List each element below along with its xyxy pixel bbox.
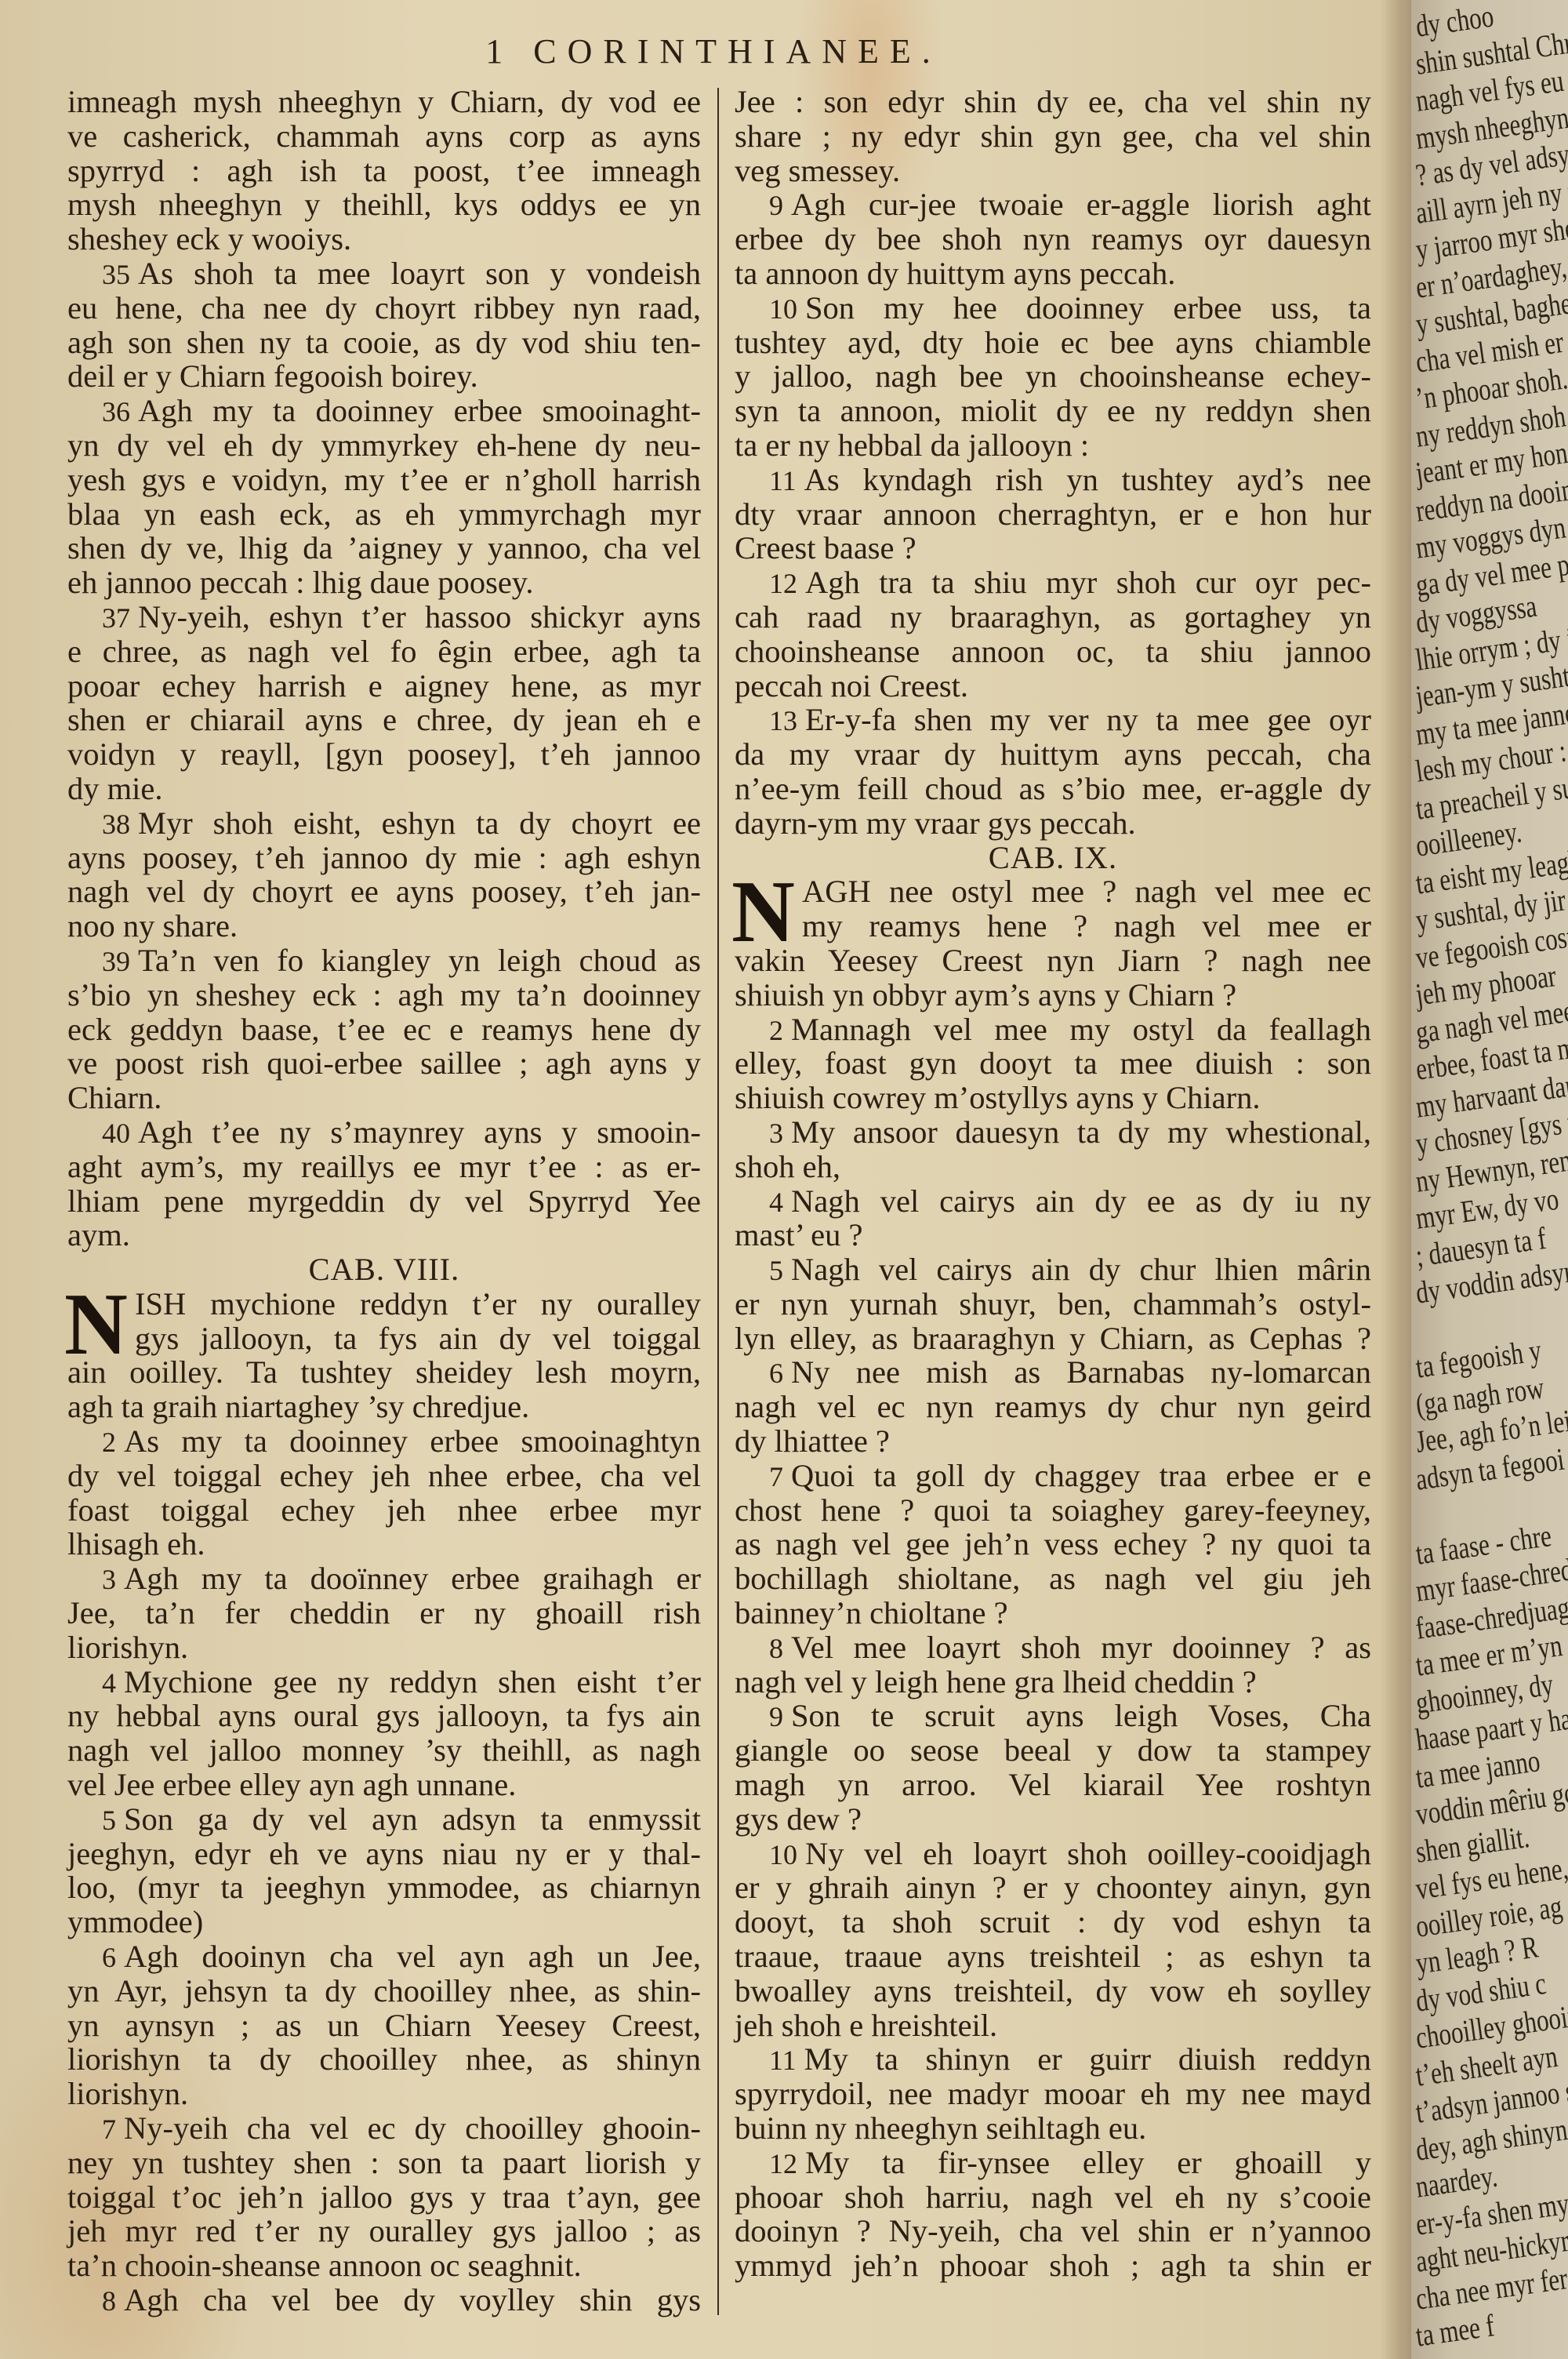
verse-number: 4 — [769, 1187, 783, 1218]
text-line: 35As shoh ta mee loayrt son y vondeish — [67, 256, 701, 291]
text-line: mysh nheeghyn y theihll, kys oddys ee yn — [67, 187, 701, 222]
text-line: dy vel toiggal echey jeh nhee erbee, cha… — [67, 1459, 701, 1493]
line-text: eh jannoo peccah : lhig daue poosey. — [67, 565, 534, 600]
text-line: nagh vel y leigh hene gra lheid cheddin … — [735, 1665, 1371, 1699]
line-text: s’bio yn sheshey eck : agh my ta’n dooin… — [67, 977, 701, 1012]
text-line: shiuish cowrey m’ostyllys ayns y Chiarn. — [735, 1081, 1371, 1115]
line-text: bwoalley ayns treishteil, dy vow eh soyl… — [735, 1973, 1371, 2008]
line-text: As my ta dooinney erbee smooinaghtyn — [124, 1423, 701, 1459]
verse-number: 35 — [102, 259, 130, 290]
line-text: loo, (myr ta jeeghyn ymmodee, as chiarny… — [67, 1870, 701, 1905]
line-text: giangle oo seose beeal y dow ta stampey — [735, 1732, 1371, 1768]
text-line: mast’ eu ? — [735, 1218, 1371, 1252]
line-text: ve poost rish quoi-erbee saillee ; agh a… — [67, 1045, 701, 1081]
text-line: eck geddyn baase, t’ee ec e reamys hene … — [67, 1012, 701, 1047]
text-line: 4Nagh vel cairys ain dy ee as dy iu ny — [735, 1184, 1371, 1219]
line-text: my reamys hene ? nagh vel mee er — [802, 908, 1371, 943]
line-text: ymmyd jeh’n phooar shoh ; agh ta shin er — [735, 2248, 1371, 2283]
facing-page: dy chooshin sushtal Chreenagh vel fys eu… — [1411, 0, 1568, 2359]
line-text: ISH mychione reddyn t’er ny ouralley — [135, 1286, 701, 1321]
verse-number: 3 — [102, 1564, 116, 1595]
text-line: 12My ta fir-ynsee elley er ghoaill y — [735, 2146, 1371, 2180]
text-line: eh jannoo peccah : lhig daue poosey. — [67, 565, 701, 600]
line-text: CAB. IX. — [989, 840, 1117, 875]
text-line: nagh vel jalloo monney ’sy theihll, as n… — [67, 1733, 701, 1768]
text-line: bainney’n chioltane ? — [735, 1596, 1371, 1630]
line-text: yn dy vel eh dy ymmyrkey eh-hene dy neu- — [67, 427, 701, 463]
text-line: blaa yn eash eck, as eh ymmyrchagh myr — [67, 497, 701, 532]
text-line: 9Agh cur-jee twoaie er-aggle liorish agh… — [735, 187, 1371, 222]
verse-number: 2 — [769, 1015, 783, 1046]
text-line: pooar echey harrish e aigney hene, as my… — [67, 669, 701, 703]
line-text: Quoi ta goll dy chaggey traa erbee er e — [791, 1458, 1371, 1493]
text-line: loo, (myr ta jeeghyn ymmodee, as chiarny… — [67, 1870, 701, 1905]
line-text: My ta shinyn er guirr diuish reddyn — [804, 2041, 1371, 2077]
verse-number: 3 — [769, 1118, 783, 1149]
line-text: Mannagh vel mee my ostyl da feallagh — [791, 1012, 1371, 1047]
verse-number: 12 — [769, 568, 797, 599]
text-line: er nyn yurnah shuyr, ben, chammah’s osty… — [735, 1287, 1371, 1321]
verse-number: 9 — [769, 1701, 783, 1732]
line-text: phooar shoh harriu, nagh vel eh ny s’coo… — [735, 2179, 1371, 2215]
text-line: phooar shoh harriu, nagh vel eh ny s’coo… — [735, 2180, 1371, 2215]
line-text: shiuish cowrey m’ostyllys ayns y Chiarn. — [735, 1080, 1260, 1115]
line-text: e chree, as nagh vel fo êgin erbee, agh … — [67, 634, 701, 669]
verse-number: 10 — [769, 1839, 797, 1870]
line-text: tushtey ayd, dty hoie ec bee ayns chiamb… — [735, 325, 1371, 360]
verse-number: 11 — [769, 465, 797, 496]
line-text: erbee dy bee shoh nyn reamys oyr dauesyn — [735, 221, 1371, 256]
left-column: imneagh mysh nheeghyn y Chiarn, dy vod e… — [67, 85, 701, 2317]
text-line: 5Nagh vel cairys ain dy chur lhien mârin — [735, 1252, 1371, 1287]
line-text: Nagh vel cairys ain dy chur lhien mârin — [791, 1252, 1371, 1287]
line-text: dty vraar annoon cherraghtyn, er e hon h… — [735, 496, 1371, 532]
line-text: dy lhiattee ? — [735, 1423, 890, 1459]
line-text: shen er chiarail ayns e chree, dy jean e… — [67, 702, 701, 737]
line-text: Mychione gee ny reddyn shen eisht t’er — [124, 1664, 701, 1699]
text-line: jeh myr red t’er ny ouralley gys jalloo … — [67, 2214, 701, 2248]
line-text: eck geddyn baase, t’ee ec e reamys hene … — [67, 1012, 701, 1047]
line-text: jeh myr red t’er ny ouralley gys jalloo … — [67, 2213, 701, 2248]
book-page: 1 CORINTHIANEE. imneagh mysh nheeghyn y … — [0, 0, 1403, 2359]
line-text: Agh cha vel bee dy voylley shin gys — [124, 2282, 701, 2317]
drop-cap: N — [64, 1285, 128, 1364]
text-line: ISH mychione reddyn t’er ny ouralley — [67, 1287, 701, 1321]
right-column: Jee : son edyr shin dy ee, cha vel shin … — [735, 85, 1371, 2283]
text-line: voidyn y reayll, [gyn poosey], t’eh jann… — [67, 737, 701, 772]
line-text: My ta fir-ynsee elley er ghoaill y — [805, 2145, 1371, 2180]
line-text: ney yn tushtey shen : son ta paart liori… — [67, 2145, 701, 2180]
line-text: Son te scruit ayns leigh Voses, Cha — [791, 1698, 1371, 1733]
line-text: Agh tra ta shiu myr shoh cur oyr pec- — [805, 565, 1371, 600]
text-line: yn aynsyn ; as un Chiarn Yeesey Creest, — [67, 2008, 701, 2043]
text-line: noo ny share. — [67, 909, 701, 943]
text-line: lhiam pene myrgeddin dy vel Spyrryd Yee — [67, 1184, 701, 1219]
text-line: vakin Yeesey Creest nyn Jiarn ? nagh nee — [735, 943, 1371, 978]
text-line: ymmyd jeh’n phooar shoh ; agh ta shin er — [735, 2248, 1371, 2283]
line-text: Ny-yeih cha vel ec dy chooilley ghooin- — [124, 2110, 701, 2146]
text-line: lyn elley, as braaraghyn y Chiarn, as Ce… — [735, 1321, 1371, 1356]
text-line: giangle oo seose beeal y dow ta stampey — [735, 1733, 1371, 1768]
line-text: y jalloo, nagh bee yn chooinsheanse eche… — [735, 358, 1371, 394]
line-text: Jee, ta’n fer cheddin er ny ghoaill rish — [67, 1595, 701, 1630]
line-text: nagh vel y leigh hene gra lheid cheddin … — [735, 1664, 1257, 1699]
text-line: 10Ny vel eh loayrt shoh ooilley-cooidjag… — [735, 1837, 1371, 1871]
text-line: 13Er-y-fa shen my ver ny ta mee gee oyr — [735, 703, 1371, 737]
verse-number: 5 — [102, 1805, 116, 1836]
text-line: aym. — [67, 1218, 701, 1252]
verse-number: 9 — [769, 190, 783, 221]
text-line: ny hebbal ayns oural gys jallooyn, ta fy… — [67, 1699, 701, 1733]
line-text: As shoh ta mee loayrt son y vondeish — [138, 256, 701, 291]
text-line: ain ooilley. Ta tushtey sheidey lesh moy… — [67, 1355, 701, 1390]
line-text: nagh vel dy choyrt ee ayns poosey, t’eh … — [67, 874, 701, 909]
line-text: veg smessey. — [735, 153, 900, 188]
text-line: n’ee-ym feill choud as s’bio mee, er-agg… — [735, 772, 1371, 806]
text-line: shiuish yn obbyr aym’s ayns y Chiarn ? — [735, 978, 1371, 1012]
line-text: lyn elley, as braaraghyn y Chiarn, as Ce… — [735, 1321, 1371, 1356]
line-text: CAB. VIII. — [309, 1252, 460, 1287]
text-line: nagh vel dy choyrt ee ayns poosey, t’eh … — [67, 874, 701, 909]
text-line: 4Mychione gee ny reddyn shen eisht t’er — [67, 1665, 701, 1699]
text-line: chooinsheanse annoon oc, ta shiu jannoo — [735, 634, 1371, 669]
line-text: jeh shoh e hreishteil. — [735, 2008, 997, 2043]
line-text: Chiarn. — [67, 1080, 162, 1115]
text-line: dooyt, ta shoh scruit : dy vod eshyn ta — [735, 1905, 1371, 1939]
line-text: foast toiggal echey jeh nhee erbee myr — [67, 1492, 701, 1528]
line-text: nagh vel ec nyn reamys dy chur nyn geird — [735, 1389, 1371, 1424]
line-text: aym. — [67, 1217, 130, 1252]
running-header: 1 CORINTHIANEE. — [470, 31, 956, 71]
text-line: e chree, as nagh vel fo êgin erbee, agh … — [67, 634, 701, 669]
line-text: peccah noi Creest. — [735, 668, 968, 703]
line-text: aght aym’s, my reaillys ee myr t’ee : as… — [67, 1149, 701, 1184]
verse-number: 4 — [102, 1667, 116, 1699]
line-text: ta annoon dy huittym ayns peccah. — [735, 256, 1175, 291]
line-text: Er-y-fa shen my ver ny ta mee gee oyr — [805, 702, 1371, 737]
text-line: ve poost rish quoi-erbee saillee ; agh a… — [67, 1046, 701, 1081]
text-line: dty vraar annoon cherraghtyn, er e hon h… — [735, 497, 1371, 532]
text-line: bochillagh shioltane, as nagh vel giu je… — [735, 1561, 1371, 1596]
text-line: y jalloo, nagh bee yn chooinsheanse eche… — [735, 359, 1371, 394]
line-text: Ny nee mish as Barnabas ny-lomarcan — [791, 1354, 1371, 1390]
line-text: Agh t’ee ny s’maynrey ayns y smooin- — [138, 1114, 701, 1150]
text-line: 38Myr shoh eisht, eshyn ta dy choyrt ee — [67, 806, 701, 841]
text-line: yn Ayr, jehsyn ta dy chooilley nhee, as … — [67, 1974, 701, 2008]
text-line: ta’n chooin-sheanse annoon oc seaghnit. — [67, 2248, 701, 2283]
text-line: 6Ny nee mish as Barnabas ny-lomarcan — [735, 1355, 1371, 1390]
line-text: Son ga dy vel ayn adsyn ta enmyssit — [124, 1801, 701, 1837]
line-text: deil er y Chiarn fegooish boirey. — [67, 358, 478, 394]
text-line: shoh eh, — [735, 1150, 1371, 1184]
text-line: 40Agh t’ee ny s’maynrey ayns y smooin- — [67, 1115, 701, 1150]
line-text: My ansoor dauesyn ta dy my whestional, — [791, 1114, 1371, 1150]
line-text: shiuish yn obbyr aym’s ayns y Chiarn ? — [735, 977, 1236, 1012]
line-text: er nyn yurnah shuyr, ben, chammah’s osty… — [735, 1286, 1371, 1321]
line-text: Agh my ta dooïnney erbee graihagh er — [124, 1561, 701, 1596]
text-line: ve casherick, chammah ayns corp as ayns — [67, 119, 701, 154]
text-line: traaue, traaue ayns treishteil ; as eshy… — [735, 1939, 1371, 1974]
text-line: ayns poosey, t’eh jannoo dy mie : agh es… — [67, 841, 701, 875]
line-text: magh yn arroo. Vel kiarail Yee roshtyn — [735, 1767, 1371, 1802]
line-text: bochillagh shioltane, as nagh vel giu je… — [735, 1561, 1371, 1596]
line-text: gys jallooyn, ta fys ain dy vel toiggal — [135, 1321, 701, 1356]
line-text: vakin Yeesey Creest nyn Jiarn ? nagh nee — [735, 943, 1371, 978]
text-line: yn dy vel eh dy ymmyrkey eh-hene dy neu- — [67, 428, 701, 463]
line-text: Creest baase ? — [735, 530, 916, 565]
line-text: voidyn y reayll, [gyn poosey], t’eh jann… — [67, 736, 701, 772]
line-text: noo ny share. — [67, 908, 238, 943]
line-text: Ny-yeih, eshyn t’er hassoo shickyr ayns — [138, 599, 701, 634]
line-text: dayrn-ym my vraar gys peccah. — [735, 805, 1136, 841]
text-line: Jee, ta’n fer cheddin er ny ghoaill rish — [67, 1596, 701, 1630]
line-text: Ta’n ven fo kiangley yn leigh choud as — [138, 943, 701, 978]
text-line: 2As my ta dooinney erbee smooinaghtyn — [67, 1424, 701, 1459]
verse-number: 8 — [769, 1633, 783, 1664]
line-text: toiggal t’oc jeh’n jalloo gys y traa t’a… — [67, 2179, 701, 2215]
line-text: shoh eh, — [735, 1149, 840, 1184]
line-text: lhiam pene myrgeddin dy vel Spyrryd Yee — [67, 1183, 701, 1219]
text-line: nagh vel ec nyn reamys dy chur nyn geird — [735, 1390, 1371, 1424]
chapter-heading: CAB. VIII. — [67, 1252, 701, 1287]
text-line: 12Agh tra ta shiu myr shoh cur oyr pec- — [735, 565, 1371, 600]
verse-number: 38 — [102, 809, 130, 840]
line-text: spyrryd : agh ish ta poost, t’ee imneagh — [67, 153, 701, 188]
verse-number: 40 — [102, 1118, 130, 1149]
verse-number: 6 — [769, 1358, 783, 1389]
text-line: 9Son te scruit ayns leigh Voses, Cha — [735, 1699, 1371, 1733]
line-text: Myr shoh eisht, eshyn ta dy choyrt ee — [138, 805, 701, 841]
text-line: 3Agh my ta dooïnney erbee graihagh er — [67, 1561, 701, 1596]
text-line: peccah noi Creest. — [735, 669, 1371, 703]
text-line: chost hene ? quoi ta soiaghey garey-feey… — [735, 1493, 1371, 1528]
text-line: Jee : son edyr shin dy ee, cha vel shin … — [735, 85, 1371, 119]
line-text: ta er ny hebbal da jallooyn : — [735, 427, 1089, 463]
text-line: liorishyn. — [67, 2077, 701, 2111]
verse-number: 2 — [102, 1427, 116, 1458]
text-line: s’bio yn sheshey eck : agh my ta’n dooin… — [67, 978, 701, 1012]
text-line: dy mie. — [67, 772, 701, 806]
line-text: ve casherick, chammah ayns corp as ayns — [67, 118, 701, 154]
text-line: agh ta graih niartaghey ’sy chredjue. — [67, 1390, 701, 1424]
line-text: buinn ny nheeghyn seihltagh eu. — [735, 2110, 1146, 2146]
line-text: elley, foast gyn dooyt ta mee diuish : s… — [735, 1045, 1371, 1081]
verse-number: 8 — [102, 2285, 116, 2317]
line-text: as nagh vel gee jeh’n vess echey ? ny qu… — [735, 1526, 1371, 1561]
verse-number: 10 — [769, 293, 797, 325]
line-text: AGH nee ostyl mee ? nagh vel mee ec — [802, 874, 1371, 909]
line-text: liorishyn. — [67, 2076, 188, 2111]
text-line: 5Son ga dy vel ayn adsyn ta enmyssit — [67, 1802, 701, 1837]
text-line: Creest baase ? — [735, 531, 1371, 565]
line-text: gys dew ? — [735, 1801, 862, 1837]
text-line: veg smessey. — [735, 154, 1371, 188]
line-text: ymmodee) — [67, 1904, 203, 1939]
line-text: share ; ny edyr shin gyn gee, cha vel sh… — [735, 118, 1371, 154]
text-line: tushtey ayd, dty hoie ec bee ayns chiamb… — [735, 325, 1371, 360]
text-line: 8Vel mee loayrt shoh myr dooinney ? as — [735, 1630, 1371, 1665]
text-line: 37Ny-yeih, eshyn t’er hassoo shickyr ayn… — [67, 600, 701, 634]
line-text: mast’ eu ? — [735, 1217, 862, 1252]
text-line: 7Quoi ta goll dy chaggey traa erbee er e — [735, 1459, 1371, 1493]
line-text: spyrrydoil, nee madyr mooar eh my nee ma… — [735, 2076, 1371, 2111]
line-text: syn ta annoon, miolit dy ee ny reddyn sh… — [735, 393, 1371, 428]
text-line: ney yn tushtey shen : son ta paart liori… — [67, 2146, 701, 2180]
column-rule — [717, 88, 719, 2315]
verse-number: 6 — [102, 1942, 116, 1973]
text-line: shen dy ve, lhig da ’aigney y yannoo, ch… — [67, 531, 701, 565]
line-text: dy vel toiggal echey jeh nhee erbee, cha… — [67, 1458, 701, 1493]
line-text: Ny vel eh loayrt shoh ooilley-cooidjagh — [805, 1836, 1371, 1871]
text-line: lhisagh eh. — [67, 1527, 701, 1561]
text-line: share ; ny edyr shin gyn gee, cha vel sh… — [735, 119, 1371, 154]
text-line: imneagh mysh nheeghyn y Chiarn, dy vod e… — [67, 85, 701, 119]
text-line: dy lhiattee ? — [735, 1424, 1371, 1459]
line-text: chooinsheanse annoon oc, ta shiu jannoo — [735, 634, 1371, 669]
line-text: eu hene, cha nee dy choyrt ribbey nyn ra… — [67, 290, 701, 325]
text-line: jeh shoh e hreishteil. — [735, 2008, 1371, 2043]
line-text: Nagh vel cairys ain dy ee as dy iu ny — [791, 1183, 1371, 1219]
text-line: 8Agh cha vel bee dy voylley shin gys — [67, 2283, 701, 2317]
text-line: erbee dy bee shoh nyn reamys oyr dauesyn — [735, 222, 1371, 256]
line-text: ain ooilley. Ta tushtey sheidey lesh moy… — [67, 1354, 701, 1390]
line-text: Agh my ta dooinney erbee smooinaght- — [138, 393, 701, 428]
text-line: magh yn arroo. Vel kiarail Yee roshtyn — [735, 1768, 1371, 1802]
text-line: 6Agh dooinyn cha vel ayn agh un Jee, — [67, 1939, 701, 1974]
text-line: liorishyn. — [67, 1630, 701, 1665]
line-text: dy mie. — [67, 771, 162, 806]
text-line: liorishyn ta dy chooilley nhee, as shiny… — [67, 2042, 701, 2077]
text-line: eu hene, cha nee dy choyrt ribbey nyn ra… — [67, 291, 701, 325]
line-text: liorishyn ta dy chooilley nhee, as shiny… — [67, 2041, 701, 2077]
line-text: vel Jee erbee elley ayn agh unnane. — [67, 1767, 516, 1802]
text-line: sheshey eck y wooiys. — [67, 222, 701, 256]
drop-cap: N — [731, 873, 795, 951]
line-text: shen dy ve, lhig da ’aigney y yannoo, ch… — [67, 530, 701, 565]
verse-number: 7 — [769, 1461, 783, 1492]
line-text: Agh dooinyn cha vel ayn agh un Jee, — [124, 1939, 701, 1974]
line-text: Agh cur-jee twoaie er-aggle liorish aght — [791, 187, 1371, 222]
line-text: dooinyn ? Ny-yeih, cha vel shin er n’yan… — [735, 2213, 1371, 2248]
line-text: liorishyn. — [67, 1630, 188, 1665]
text-line: gys jallooyn, ta fys ain dy vel toiggal — [67, 1321, 701, 1356]
line-text: Jee : son edyr shin dy ee, cha vel shin … — [735, 84, 1371, 119]
text-line: 10Son my hee dooinney erbee uss, ta — [735, 291, 1371, 325]
line-text: agh son shen ny ta cooie, as dy vod shiu… — [67, 325, 701, 360]
chapter-heading: CAB. IX. — [735, 841, 1371, 875]
line-text: lhisagh eh. — [67, 1526, 205, 1561]
text-line: dayrn-ym my vraar gys peccah. — [735, 806, 1371, 841]
verse-number: 37 — [102, 602, 130, 634]
text-line: 11As kyndagh rish yn tushtey ayd’s nee — [735, 463, 1371, 497]
text-line: da my vraar dy huittym ayns peccah, cha — [735, 737, 1371, 772]
text-line: gys dew ? — [735, 1802, 1371, 1837]
text-line: buinn ny nheeghyn seihltagh eu. — [735, 2111, 1371, 2146]
line-text: sheshey eck y wooiys. — [67, 221, 351, 256]
text-line: spyrryd : agh ish ta poost, t’ee imneagh — [67, 154, 701, 188]
text-line: foast toiggal echey jeh nhee erbee myr — [67, 1493, 701, 1528]
verse-number: 7 — [102, 2114, 116, 2145]
line-text: mysh nheeghyn y theihll, kys oddys ee yn — [67, 187, 701, 222]
text-line: Chiarn. — [67, 1081, 701, 1115]
text-line: shen er chiarail ayns e chree, dy jean e… — [67, 703, 701, 737]
text-line: 11My ta shinyn er guirr diuish reddyn — [735, 2042, 1371, 2077]
text-line: AGH nee ostyl mee ? nagh vel mee ec — [735, 874, 1371, 909]
line-text: pooar echey harrish e aigney hene, as my… — [67, 668, 701, 703]
line-text: Son my hee dooinney erbee uss, ta — [805, 290, 1371, 325]
text-line: 3My ansoor dauesyn ta dy my whestional, — [735, 1115, 1371, 1150]
text-line: aght aym’s, my reaillys ee myr t’ee : as… — [67, 1150, 701, 1184]
text-line: my reamys hene ? nagh vel mee er — [735, 909, 1371, 943]
line-text: cah raad ny braaraghyn, as gortaghey yn — [735, 599, 1371, 634]
text-line: as nagh vel gee jeh’n vess echey ? ny qu… — [735, 1527, 1371, 1561]
text-line: vel Jee erbee elley ayn agh unnane. — [67, 1768, 701, 1802]
line-text: ny hebbal ayns oural gys jallooyn, ta fy… — [67, 1698, 701, 1733]
text-line: ta annoon dy huittym ayns peccah. — [735, 256, 1371, 291]
text-line: 7Ny-yeih cha vel ec dy chooilley ghooin- — [67, 2111, 701, 2146]
text-line: toiggal t’oc jeh’n jalloo gys y traa t’a… — [67, 2180, 701, 2215]
verse-number: 36 — [102, 396, 130, 427]
line-text: chost hene ? quoi ta soiaghey garey-feey… — [735, 1492, 1371, 1528]
line-text: n’ee-ym feill choud as s’bio mee, er-agg… — [735, 771, 1371, 806]
text-line: 2Mannagh vel mee my ostyl da feallagh — [735, 1012, 1371, 1047]
text-line: 39Ta’n ven fo kiangley yn leigh choud as — [67, 943, 701, 978]
line-text: er y ghraih ainyn ? er y choontey ainyn,… — [735, 1870, 1371, 1905]
verse-number: 39 — [102, 946, 130, 977]
line-text: traaue, traaue ayns treishteil ; as eshy… — [735, 1939, 1371, 1974]
text-line: spyrrydoil, nee madyr mooar eh my nee ma… — [735, 2077, 1371, 2111]
line-text: bainney’n chioltane ? — [735, 1595, 1008, 1630]
line-text: yn Ayr, jehsyn ta dy chooilley nhee, as … — [67, 1973, 701, 2008]
text-line: syn ta annoon, miolit dy ee ny reddyn sh… — [735, 394, 1371, 428]
line-text: ta’n chooin-sheanse annoon oc seaghnit. — [67, 2248, 582, 2283]
verse-number: 11 — [769, 2045, 797, 2076]
text-line: deil er y Chiarn fegooish boirey. — [67, 359, 701, 394]
text-line: 36Agh my ta dooinney erbee smooinaght- — [67, 394, 701, 428]
verse-number: 13 — [769, 705, 797, 736]
line-text: ayns poosey, t’eh jannoo dy mie : agh es… — [67, 840, 701, 875]
text-line: yesh gys e voidyn, my t’ee er n’gholl ha… — [67, 463, 701, 497]
text-line: cah raad ny braaraghyn, as gortaghey yn — [735, 600, 1371, 634]
line-text: imneagh mysh nheeghyn y Chiarn, dy vod e… — [67, 84, 701, 119]
line-text: yn aynsyn ; as un Chiarn Yeesey Creest, — [67, 2008, 701, 2043]
line-text: jeeghyn, edyr eh ve ayns niau ny er y th… — [67, 1836, 701, 1871]
text-line: ymmodee) — [67, 1905, 701, 1939]
text-line: bwoalley ayns treishteil, dy vow eh soyl… — [735, 1974, 1371, 2008]
line-text: agh ta graih niartaghey ’sy chredjue. — [67, 1389, 529, 1424]
line-text: As kyndagh rish yn tushtey ayd’s nee — [804, 462, 1371, 497]
text-line: er y ghraih ainyn ? er y choontey ainyn,… — [735, 1870, 1371, 1905]
text-line: ta er ny hebbal da jallooyn : — [735, 428, 1371, 463]
verse-number: 12 — [769, 2148, 797, 2179]
line-text: yesh gys e voidyn, my t’ee er n’gholl ha… — [67, 462, 701, 497]
line-text: da my vraar dy huittym ayns peccah, cha — [735, 736, 1371, 772]
line-text: dooyt, ta shoh scruit : dy vod eshyn ta — [735, 1904, 1371, 1939]
line-text: blaa yn eash eck, as eh ymmyrchagh myr — [67, 496, 701, 532]
text-line: agh son shen ny ta cooie, as dy vod shiu… — [67, 325, 701, 360]
text-line: jeeghyn, edyr eh ve ayns niau ny er y th… — [67, 1837, 701, 1871]
line-text: nagh vel jalloo monney ’sy theihll, as n… — [67, 1732, 701, 1768]
text-line: dooinyn ? Ny-yeih, cha vel shin er n’yan… — [735, 2214, 1371, 2248]
verse-number: 5 — [769, 1255, 783, 1286]
line-text: Vel mee loayrt shoh myr dooinney ? as — [791, 1630, 1371, 1665]
text-line: elley, foast gyn dooyt ta mee diuish : s… — [735, 1046, 1371, 1081]
